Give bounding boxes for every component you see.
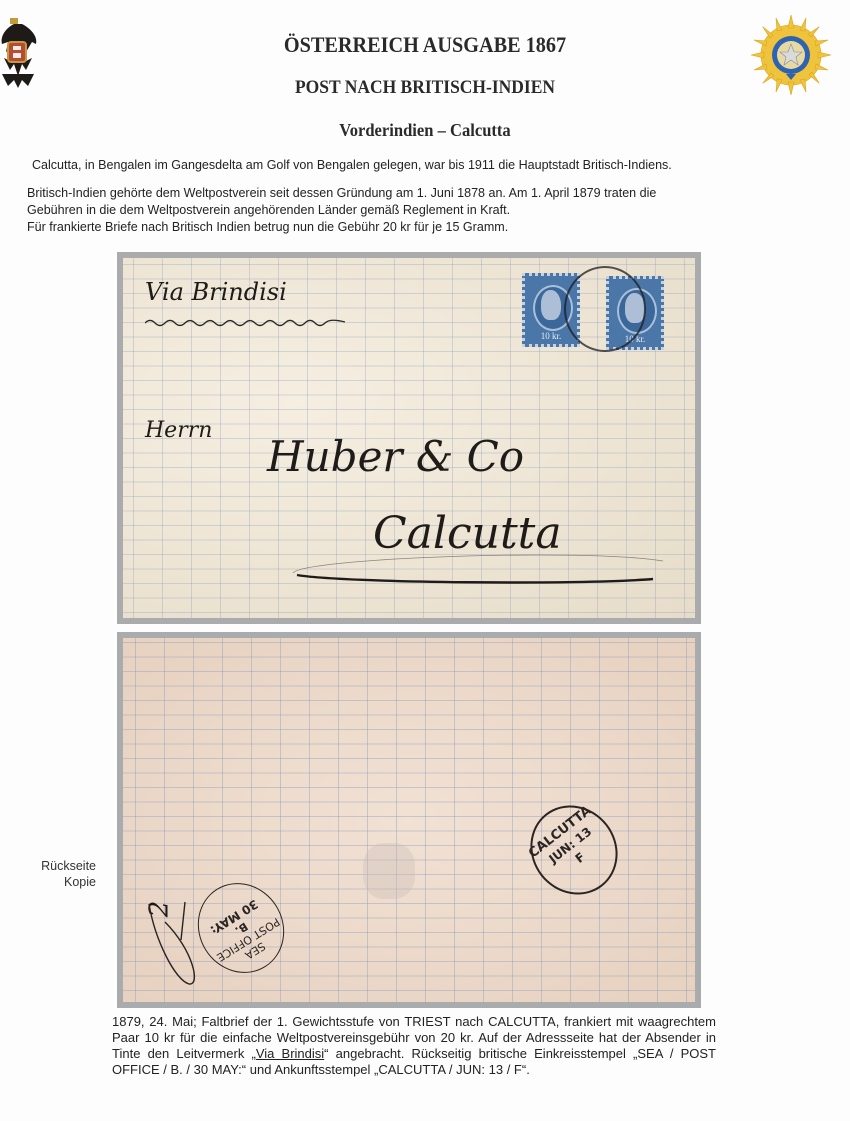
caption-routing-note: Via Brindisi (256, 1046, 324, 1061)
back-cover-scan: CALCUTTA JUN: 13 F SEA POST OFFICE B. 30… (123, 638, 695, 1002)
addressee-city: Calcutta (373, 508, 562, 559)
wavy-underline-icon (145, 318, 345, 328)
city-underline-icon (283, 553, 673, 593)
wax-seal-impression (363, 843, 415, 899)
page-title: ÖSTERREICH AUSGABE 1867 (34, 32, 816, 58)
triest-cancel-postmark (564, 266, 646, 352)
section-heading: Vorderindien – Calcutta (34, 120, 816, 141)
front-cover-frame: Via Brindisi Herrn Huber & Co Calcutta 1… (117, 252, 701, 624)
intro-line: Calcutta, in Bengalen im Gangesdelta am … (32, 156, 792, 173)
back-side-label: Rückseite Kopie (20, 858, 96, 890)
front-cover-scan: Via Brindisi Herrn Huber & Co Calcutta 1… (123, 258, 695, 618)
manuscript-loop-icon (145, 900, 205, 990)
routing-note: Via Brindisi (145, 278, 287, 306)
salutation: Herrn (145, 418, 212, 443)
intro-paragraph-line: Für frankierte Briefe nach Britisch Indi… (27, 218, 787, 235)
cover-description: 1879, 24. Mai; Faltbrief der 1. Gewichts… (112, 1014, 716, 1078)
back-cover-frame: CALCUTTA JUN: 13 F SEA POST OFFICE B. 30… (117, 632, 701, 1008)
addressee-name: Huber & Co (267, 432, 524, 481)
back-side-label-line: Rückseite (20, 858, 96, 874)
page-subtitle: POST NACH BRITISCH-INDIEN (34, 77, 816, 99)
intro-paragraph-line: Britisch-Indien gehörte dem Weltpostvere… (27, 184, 787, 201)
calcutta-arrival-postmark: CALCUTTA JUN: 13 F (513, 788, 636, 912)
back-side-label-line: Kopie (20, 874, 96, 890)
intro-paragraph-line: Gebühren in die dem Weltpostverein angeh… (27, 201, 787, 218)
